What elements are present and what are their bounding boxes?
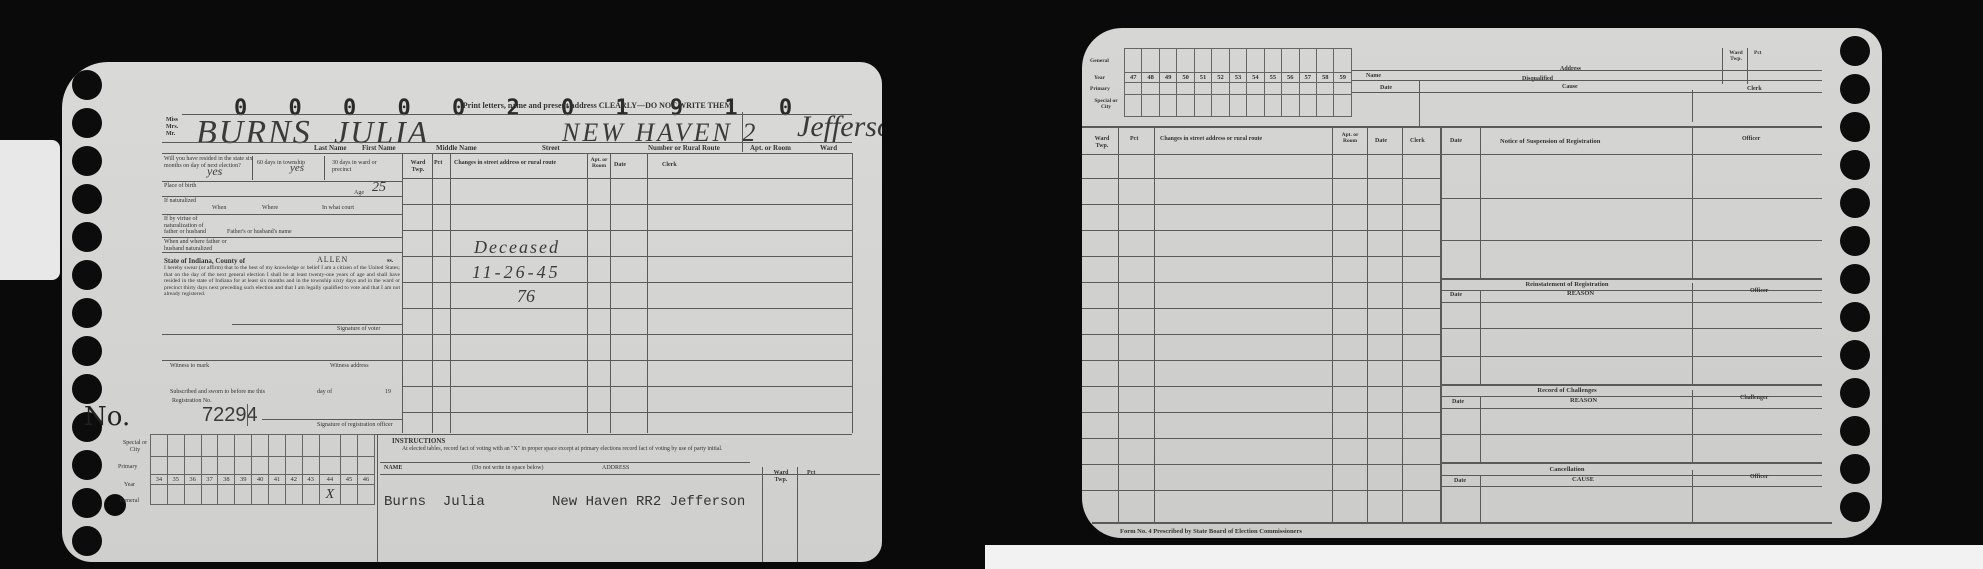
officer-signature-label: Signature of registration officer [317, 422, 393, 429]
punch-hole [72, 450, 102, 480]
suspension-date-label: Date [1450, 138, 1462, 145]
back-col-apt: Apt. or Room [1334, 132, 1366, 144]
back-row-general: General [1090, 58, 1109, 64]
header-instruction: Print letters, name and present address … [352, 102, 732, 111]
state-residence-answer: yes [207, 164, 222, 179]
ss-label: ss. [387, 258, 393, 265]
reinstatement-title: Reinstatement of Registration [1442, 281, 1692, 288]
punch-hole [72, 488, 102, 518]
punch-hole [1840, 378, 1870, 408]
challenges-title: Record of Challenges [1442, 387, 1692, 394]
street-label: Street [542, 145, 560, 153]
witness-label: Witness to mark [170, 363, 209, 370]
punch-hole [72, 108, 102, 138]
county-value: ALLEN [317, 256, 348, 265]
instructions-name-label: NAME [384, 465, 402, 472]
punch-hole [72, 374, 102, 404]
col-header-changes: Changes in street address or rural route [454, 160, 584, 167]
back-address-label: Address [1560, 66, 1581, 73]
suspension-title: Notice of Suspension of Registration [1500, 138, 1600, 145]
col-header-pct: Pct [434, 160, 442, 167]
cancellation-officer-label: Officer [1750, 474, 1768, 481]
instructions-title: INSTRUCTIONS [392, 438, 445, 446]
cancellation-title: Cancellation [1442, 466, 1692, 473]
punch-hole [72, 146, 102, 176]
back-row-year: Year [1094, 75, 1105, 81]
township-residence-answer: yes [290, 162, 304, 174]
apt-label-header: Apt. or Room [750, 145, 791, 153]
reinstatement-reason-label: REASON [1567, 290, 1594, 297]
scan-background-strip [985, 545, 1983, 569]
birth-place-label: Place of birth [164, 183, 204, 190]
punch-hole [1840, 188, 1870, 218]
challenger-label: Challenger [1740, 395, 1768, 402]
father-name-label: Father's or husband's name [227, 229, 292, 236]
punch-hole [72, 260, 102, 290]
first-name-label: First Name [362, 145, 396, 153]
typed-address: New Haven RR2 Jefferson [552, 494, 745, 510]
middle-name-label: Middle Name [436, 145, 477, 153]
row-label-general: General [120, 498, 139, 505]
reinstatement-date-label: Date [1450, 292, 1462, 299]
suspension-officer-label: Officer [1742, 136, 1760, 143]
voter-registration-card-front: 0 0 0 0 0 2 0 1 9 1 0 Print letters, nam… [62, 62, 882, 562]
title-labels: Miss Mrs. Mr. [166, 117, 178, 138]
back-col-clerk: Clerk [1410, 138, 1425, 145]
voter-signature-label: Signature of voter [337, 326, 380, 333]
row-label-primary: Primary [118, 464, 137, 471]
punch-hole [72, 298, 102, 328]
punch-hole [1840, 454, 1870, 484]
back-date-label: Date [1380, 85, 1392, 92]
oath-text: I hereby swear (or affirm) that to the b… [164, 265, 400, 298]
typed-name: Burns Julia [384, 494, 485, 510]
back-ward-label: Ward Twp. [1725, 50, 1747, 62]
instructions-address-label: ADDRESS [602, 465, 629, 472]
last-name-value: BURNS [196, 114, 312, 152]
row-label-special: Special or City [120, 440, 150, 453]
back-col-changes: Changes in street address or rural route [1160, 136, 1330, 143]
naturalized-when-label: When [212, 205, 226, 212]
voting-history-grid-front: 34 35 36 37 38 39 40 41 42 43 44 45 46 X [150, 434, 375, 505]
year-prefix: 19 [385, 389, 391, 396]
by-virtue-label: If by virtue of naturalization of father… [164, 216, 214, 236]
back-name-label: Name [1366, 73, 1381, 80]
back-col-ward: Ward Twp. [1088, 136, 1116, 149]
col-header-clerk: Clerk [662, 162, 677, 169]
back-row-primary: Primary [1090, 86, 1110, 92]
back-col-pct: Pct [1130, 136, 1138, 143]
punch-hole [1840, 74, 1870, 104]
row-label-year: Year [124, 482, 135, 489]
col-header-date: Date [614, 162, 626, 169]
punch-hole [72, 336, 102, 366]
cancellation-cause-label: CAUSE [1572, 476, 1594, 483]
deceased-date: 11-26-45 [472, 262, 561, 283]
back-pct-label: Pct [1754, 50, 1762, 56]
subscribed-label: Subscribed and sworn to before me this [170, 389, 265, 396]
number-label: No. [84, 402, 130, 432]
voter-registration-card-back: General Year Primary Special or City 47 … [1082, 28, 1882, 538]
disqualified-label: Disqualified [1522, 76, 1553, 83]
back-clerk-label: Clerk [1747, 86, 1762, 93]
instructions-pct-label: Pct [807, 470, 815, 477]
punch-hole [1840, 36, 1870, 66]
col-header-ward: Ward Twp. [405, 160, 431, 173]
naturalized-where-label: Where [262, 205, 278, 212]
punch-hole [72, 184, 102, 214]
ward-residence-question: 30 days in ward or precinct [332, 160, 387, 173]
cancellation-date-label: Date [1454, 478, 1466, 485]
deceased-note: Deceased [474, 237, 560, 258]
challenges-reason-label: REASON [1570, 397, 1597, 404]
instructions-text: At elected tables, record fact of voting… [402, 446, 822, 452]
reinstatement-officer-label: Officer [1750, 288, 1768, 295]
township-value: Jefferson [797, 110, 882, 144]
naturalized-label: If naturalized [164, 198, 196, 205]
form-footer: Form No. 4 Prescribed by State Board of … [1120, 528, 1302, 535]
punch-hole [72, 222, 102, 252]
voting-history-grid-back: 47 48 49 50 51 52 53 54 55 56 57 58 59 [1124, 48, 1352, 117]
punch-hole [1840, 112, 1870, 142]
punch-hole [72, 70, 102, 100]
instructions-ward-label: Ward Twp. [767, 470, 795, 483]
back-row-special: Special or City [1090, 98, 1122, 110]
punch-hole [1840, 340, 1870, 370]
punch-hole [1840, 416, 1870, 446]
challenges-date-label: Date [1452, 399, 1464, 406]
ward-label-header: Ward [820, 145, 837, 153]
col-header-apt: Apt. or Room [589, 157, 609, 169]
punch-hole [1840, 302, 1870, 332]
punch-hole [1840, 150, 1870, 180]
punch-hole [1840, 226, 1870, 256]
punch-hole [72, 526, 102, 556]
naturalized-court-label: In what court [322, 205, 354, 212]
punch-hole [1840, 492, 1870, 522]
back-col-date: Date [1375, 138, 1387, 145]
cause-label: Cause [1562, 84, 1578, 91]
punch-hole [1840, 264, 1870, 294]
do-not-write-label: (Do not write in space below) [472, 465, 543, 472]
when-where-label: When and where father or husband natural… [164, 239, 234, 252]
witness-address-label: Witness address [330, 363, 369, 370]
last-name-label: Last Name [314, 145, 346, 153]
general-1944-mark: X [319, 485, 341, 505]
deceased-age: 76 [517, 286, 535, 307]
number-label: Number or Rural Route [648, 145, 720, 153]
day-of-label: day of [317, 389, 332, 396]
age-value: 25 [372, 180, 386, 196]
registration-number: 72294 [202, 404, 258, 427]
scanner-edge [0, 140, 60, 280]
